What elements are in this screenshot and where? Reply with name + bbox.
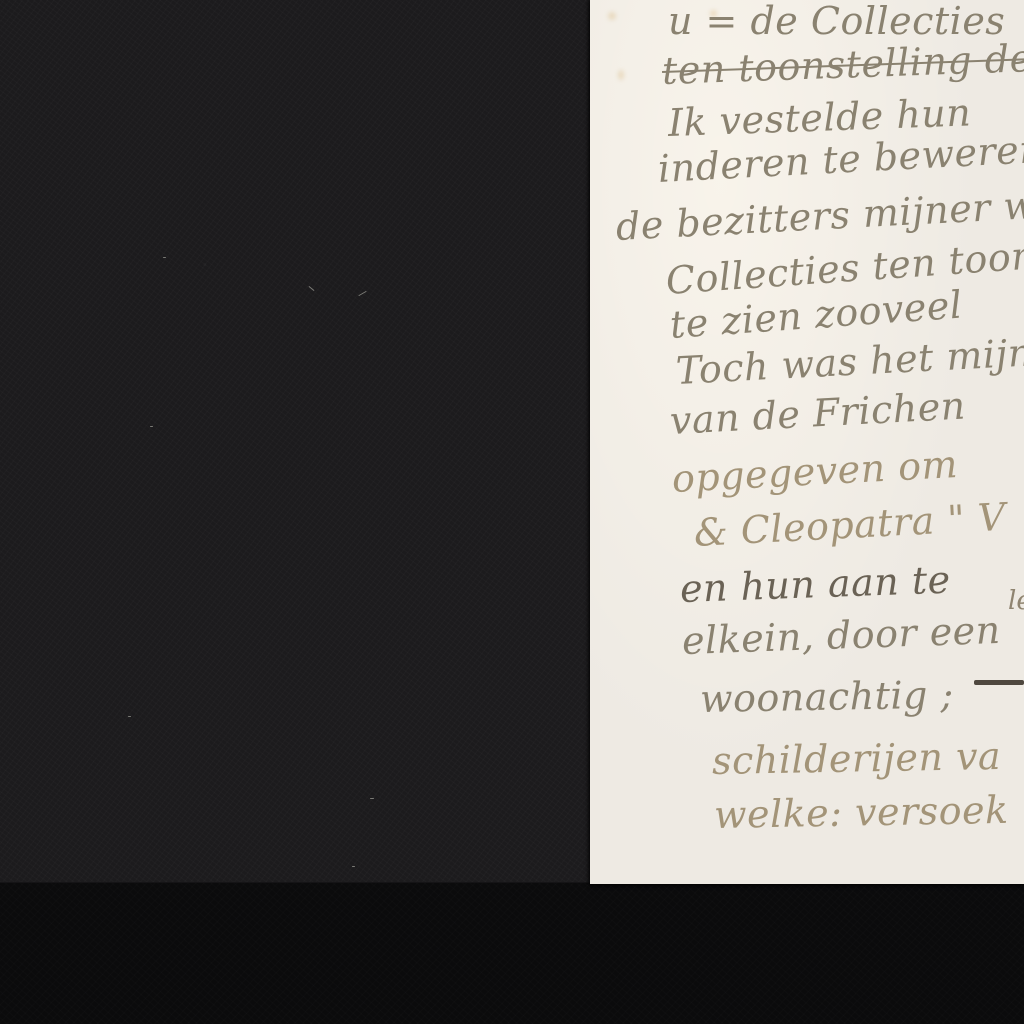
lint-speck (370, 798, 374, 799)
manuscript-line: schilderijen va (712, 737, 1002, 780)
manuscript-line: ten toonstelling de (661, 39, 1024, 90)
manuscript-line: de bezitters mijner w (615, 186, 1024, 246)
manuscript-line: woonachtig ; (700, 676, 954, 718)
manuscript-line: u = de Collecties (668, 2, 1005, 40)
ink-strikethrough (974, 680, 1024, 685)
manuscript-line: elkein, door een (681, 611, 1001, 660)
felt-bottom-band (0, 882, 1024, 1024)
photo-scene: u = de Collecties ten toonstelling de Ik… (0, 0, 1024, 1024)
lint-speck (128, 716, 131, 717)
manuscript-line: en hun aan te (679, 561, 951, 608)
manuscript-line: welke: versoek (714, 791, 1009, 834)
manuscript-page: u = de Collecties ten toonstelling de Ik… (590, 0, 1024, 884)
foxing-spot (608, 12, 616, 20)
foxing-spot (618, 70, 624, 80)
manuscript-line: & Cleopatra " V (693, 498, 1007, 552)
lint-speck (150, 426, 153, 427)
lint-speck (358, 291, 366, 296)
interlinear-insertion: le (1008, 586, 1024, 616)
manuscript-line: van de Frichen (669, 387, 967, 440)
lint-speck (163, 257, 166, 258)
lint-speck (308, 286, 314, 291)
lint-speck (352, 866, 355, 867)
manuscript-line: opgegeven om (671, 445, 959, 498)
